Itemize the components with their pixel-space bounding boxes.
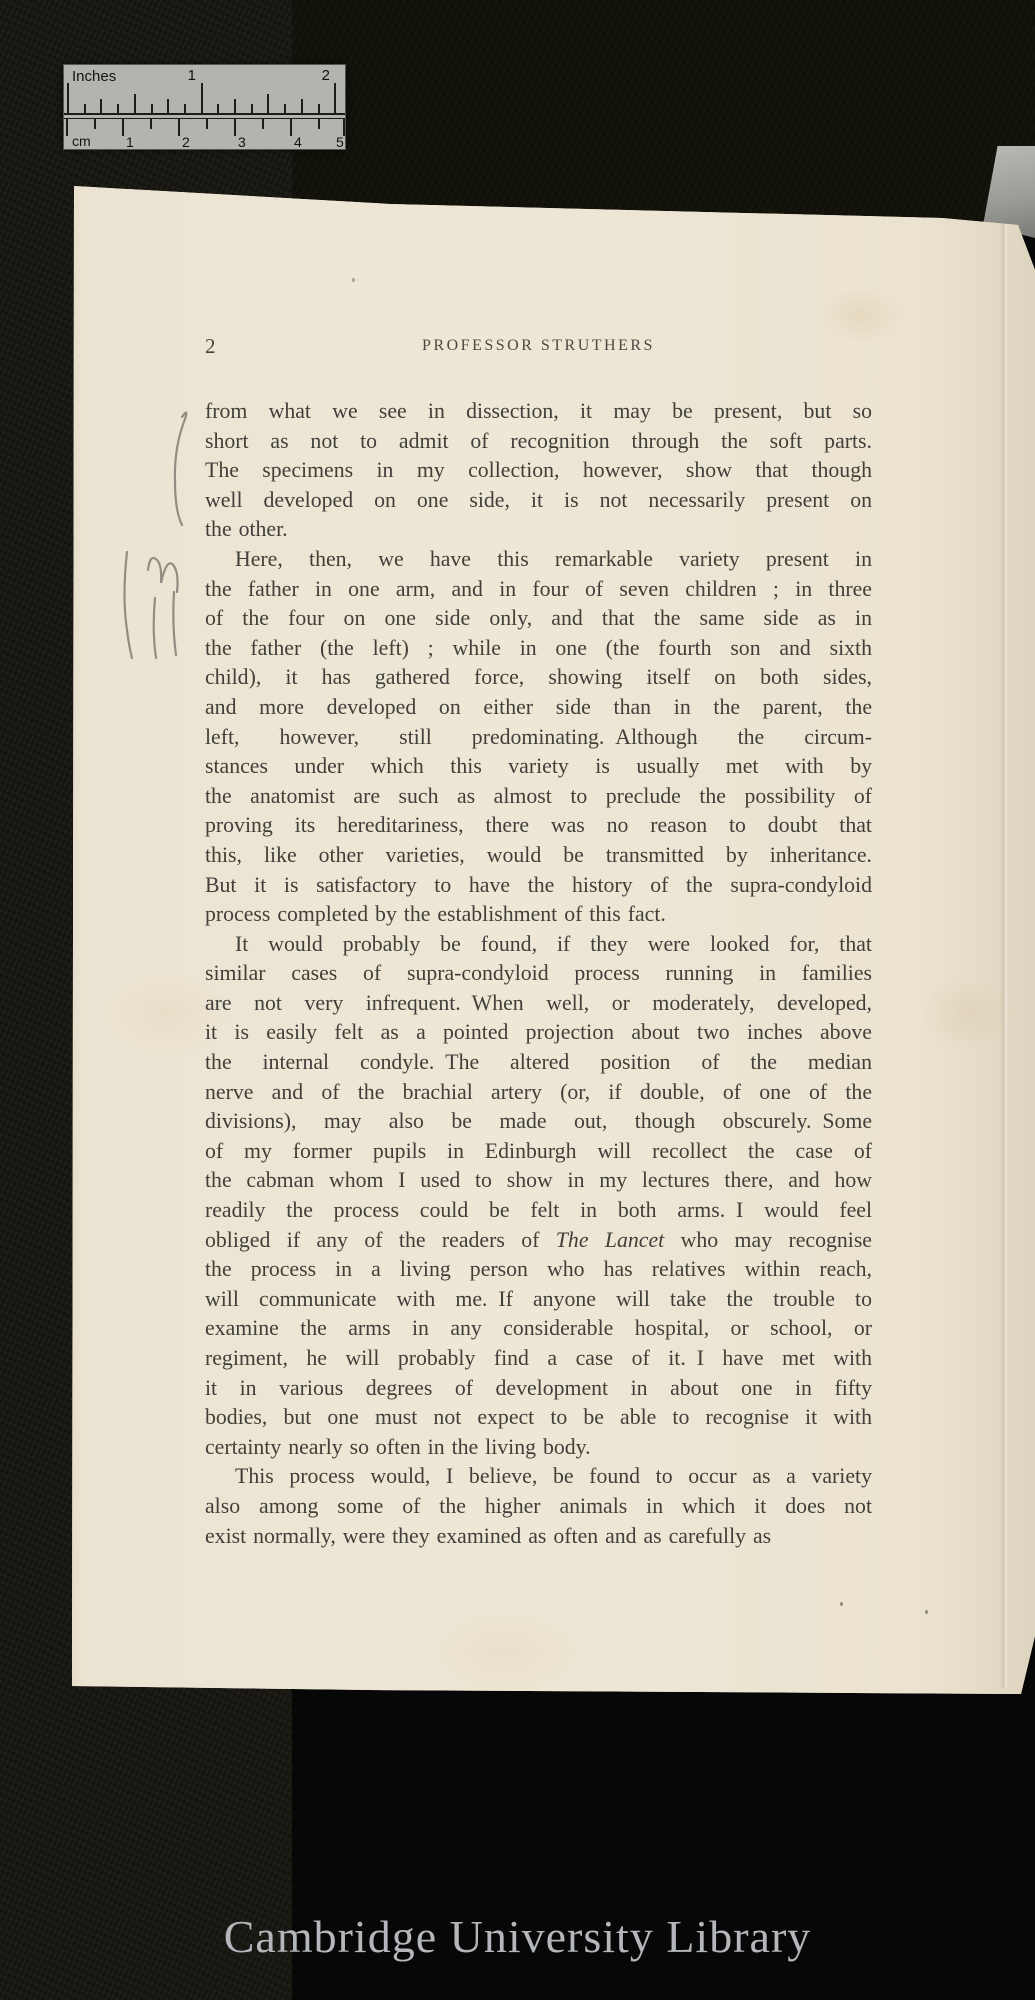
ruler-tick — [167, 99, 169, 113]
ruler-cm-number: 3 — [238, 134, 246, 150]
ruler-tick — [84, 104, 86, 113]
running-header: PROFESSOR STRUTHERS — [205, 337, 872, 355]
ruler-cm-row: cm 1 2 3 4 5 — [64, 118, 345, 150]
ruler-inch-number: 2 — [322, 67, 330, 84]
text-line: It would probably be found, if they were… — [205, 930, 872, 960]
ruler-tick — [234, 119, 236, 136]
ruler-tick — [262, 119, 264, 129]
text-line: it is easily felt as a pointed projectio… — [205, 1018, 872, 1048]
text-line: the father in one arm, and in four of se… — [205, 575, 872, 605]
ruler-cm-label: cm — [72, 133, 91, 149]
text-line: exist normally, were they examined as of… — [205, 1522, 872, 1552]
ruler-tick — [301, 99, 303, 113]
text-line: readily the process could be felt in bot… — [205, 1196, 872, 1226]
text-line: the internal condyle. The altered positi… — [205, 1048, 872, 1078]
text-line: of the four on one side only, and that t… — [205, 604, 872, 634]
ruler-tick — [151, 104, 153, 113]
scan-canvas: Inches 1 2 cm 1 2 3 4 5 2 PROFESSOR STRU… — [0, 0, 1035, 2000]
ruler-tick — [122, 119, 124, 136]
ruler-tick — [267, 94, 269, 113]
text-line: and more developed on either side than i… — [205, 693, 872, 723]
ruler-inches-row: Inches 1 2 — [64, 65, 345, 115]
ruler-tick — [318, 119, 320, 129]
text-line: certainty nearly so often in the living … — [205, 1433, 872, 1463]
ruler-tick — [343, 119, 345, 136]
text-line: process completed by the establishment o… — [205, 900, 872, 930]
text-line: from what we see in dissection, it may b… — [205, 397, 872, 427]
body-text: from what we see in dissection, it may b… — [205, 397, 872, 1551]
ruler-tick — [184, 104, 186, 113]
text-line: well developed on one side, it is not ne… — [205, 486, 872, 516]
text-line: divisions), may also be made out, though… — [205, 1107, 872, 1137]
ruler-tick — [251, 104, 253, 113]
ruler-tick — [201, 83, 203, 113]
text-line: similar cases of supra-condyloid process… — [205, 959, 872, 989]
text-line: left, however, still predominating. Alth… — [205, 723, 872, 753]
text-line: it in various degrees of development in … — [205, 1374, 872, 1404]
library-watermark: Cambridge University Library — [0, 1910, 1035, 1963]
text-line: this, like other varieties, would be tra… — [205, 841, 872, 871]
measuring-ruler: Inches 1 2 cm 1 2 3 4 5 — [63, 64, 346, 150]
text-line: But it is satisfactory to have the histo… — [205, 871, 872, 901]
text-line: nerve and of the brachial artery (or, if… — [205, 1078, 872, 1108]
ruler-tick — [100, 99, 102, 113]
ruler-tick — [334, 83, 336, 113]
ruler-tick — [318, 104, 320, 113]
ruler-tick — [206, 119, 208, 129]
text-line: of my former pupils in Edinburgh will re… — [205, 1137, 872, 1167]
ruler-inch-number: 1 — [188, 67, 196, 84]
text-line: the father (the left) ; while in one (th… — [205, 634, 872, 664]
ruler-tick — [150, 119, 152, 129]
text-line: The specimens in my collection, however,… — [205, 456, 872, 486]
ruler-tick — [66, 119, 68, 136]
text-line: stances under which this variety is usua… — [205, 752, 872, 782]
ruler-tick — [178, 119, 180, 136]
ruler-tick — [67, 83, 69, 113]
text-line: proving its hereditariness, there was no… — [205, 811, 872, 841]
ink-speck — [352, 278, 355, 282]
text-line: obliged if any of the readers of The Lan… — [205, 1226, 872, 1256]
text-line: the other. — [205, 515, 872, 545]
ruler-tick — [234, 99, 236, 113]
text-line: Here, then, we have this remarkable vari… — [205, 545, 872, 575]
ruler-cm-number: 1 — [126, 134, 134, 150]
text-line: also among some of the higher animals in… — [205, 1492, 872, 1522]
text-line: the cabman whom I used to show in my lec… — [205, 1166, 872, 1196]
ink-speck — [840, 1602, 843, 1606]
paragraph: from what we see in dissection, it may b… — [205, 397, 872, 545]
ruler-tick — [290, 119, 292, 136]
page-crease — [1000, 218, 1008, 1688]
page-header: 2 PROFESSOR STRUTHERS — [205, 334, 872, 360]
ruler-cm-number: 5 — [336, 134, 344, 150]
ruler-inches-label: Inches — [72, 68, 116, 85]
ink-speck — [925, 1610, 928, 1614]
paragraph: It would probably be found, if they were… — [205, 930, 872, 1463]
text-line: bodies, but one must not expect to be ab… — [205, 1403, 872, 1433]
ruler-tick — [134, 94, 136, 113]
text-line: regiment, he will probably find a case o… — [205, 1344, 872, 1374]
text-line: the process in a living person who has r… — [205, 1255, 872, 1285]
ruler-tick — [94, 119, 96, 129]
text-line: are not very infrequent. When well, or m… — [205, 989, 872, 1019]
text-line: examine the arms in any considerable hos… — [205, 1314, 872, 1344]
paragraph: This process would, I believe, be found … — [205, 1462, 872, 1551]
ruler-tick — [217, 104, 219, 113]
ruler-cm-number: 4 — [294, 134, 302, 150]
ruler-cm-number: 2 — [182, 134, 190, 150]
text-line: child), it has gathered force, showing i… — [205, 663, 872, 693]
paragraph: Here, then, we have this remarkable vari… — [205, 545, 872, 930]
text-line: This process would, I believe, be found … — [205, 1462, 872, 1492]
ruler-tick — [117, 104, 119, 113]
text-line: the anatomist are such as almost to prec… — [205, 782, 872, 812]
ruler-tick — [284, 104, 286, 113]
text-line: will communicate with me. If anyone will… — [205, 1285, 872, 1315]
pencil-mark — [110, 400, 220, 690]
text-line: short as not to admit of recognition thr… — [205, 427, 872, 457]
